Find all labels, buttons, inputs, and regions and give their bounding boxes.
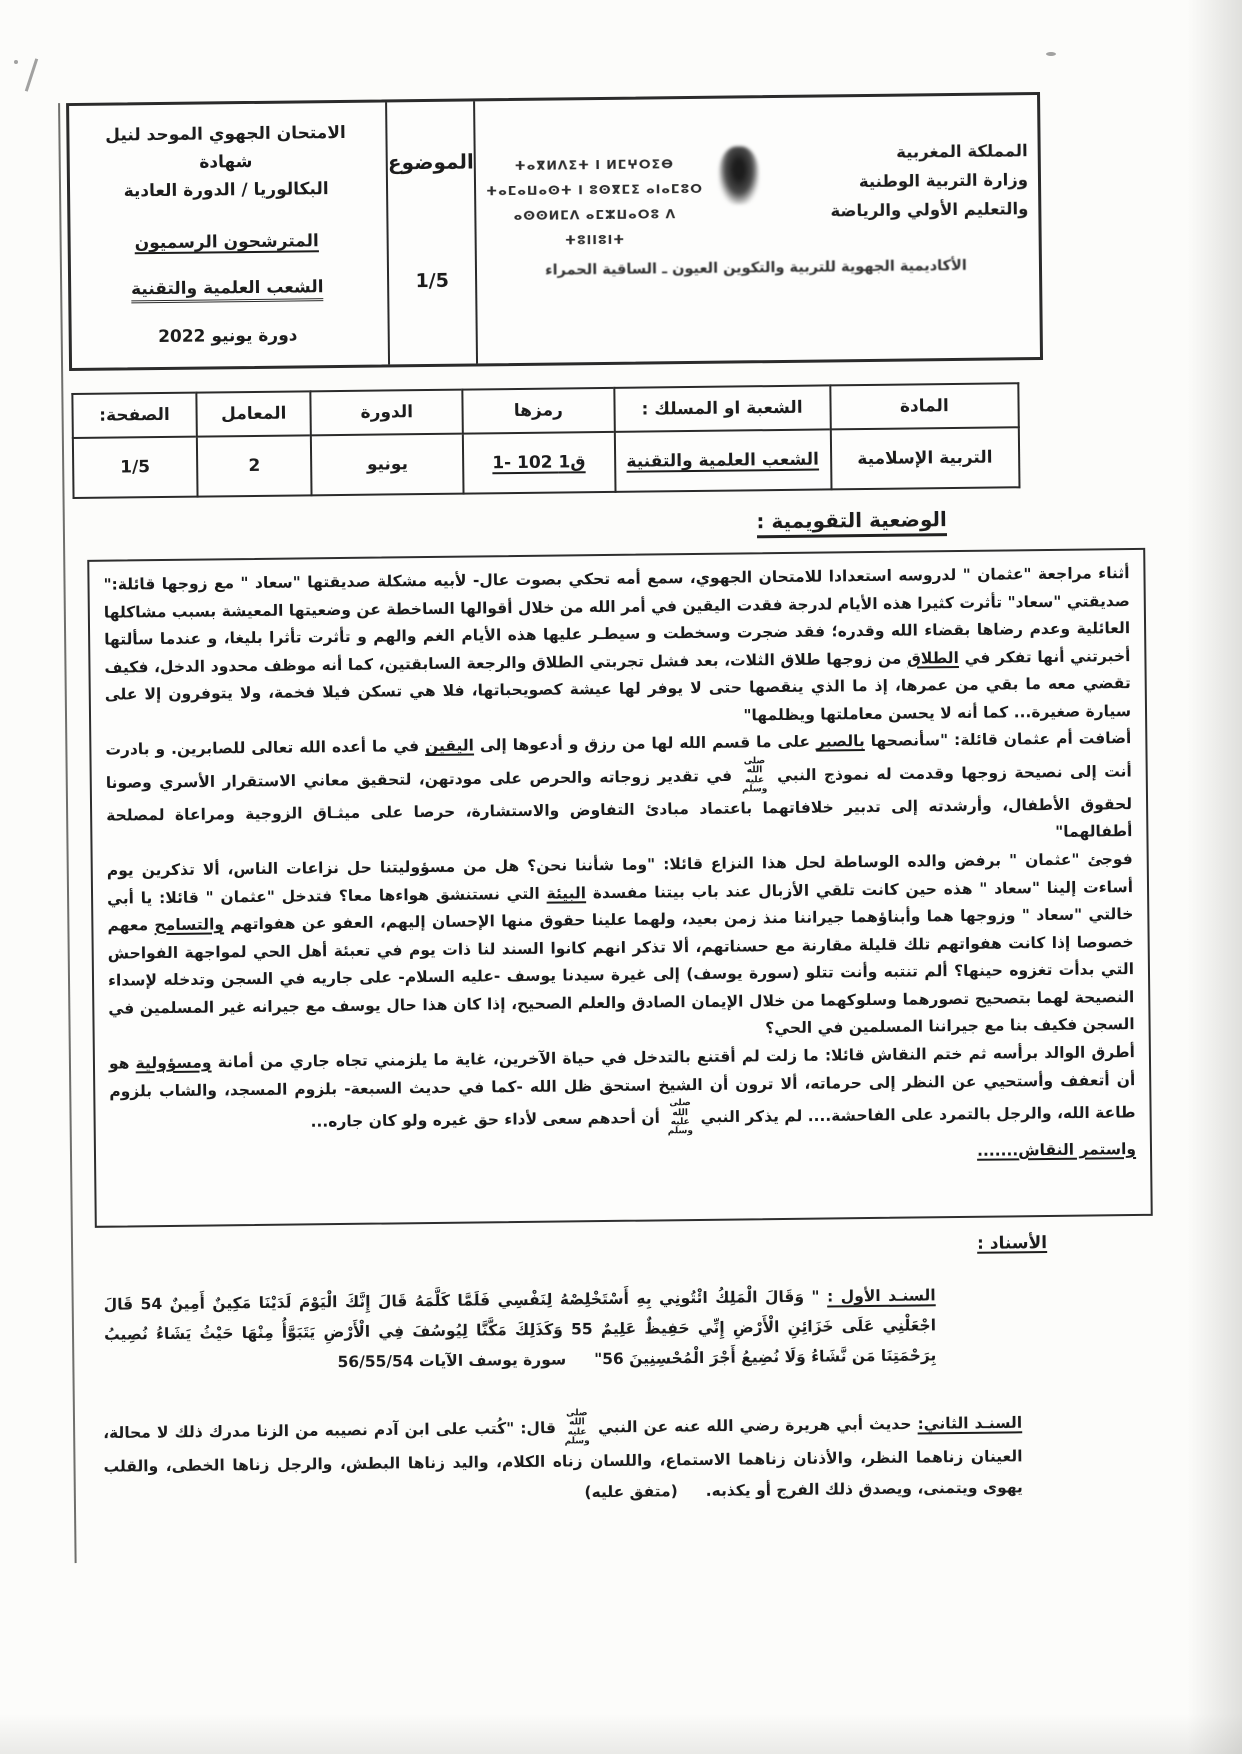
- header-block: المملكة المغربية وزارة التربية الوطنية و…: [66, 92, 1043, 371]
- underlined-term-certainty: اليقين: [425, 737, 474, 756]
- col-header-session: الدورة: [311, 390, 463, 436]
- ministry-name-line2: والتعليم الأولي والرياضة: [771, 195, 1028, 227]
- text-segment: أضافت أم عثمان قائلة: "سأنصحها: [865, 729, 1132, 750]
- scan-artifact: [1046, 52, 1056, 56]
- stream-value: الشعب العلمية والتقنية: [626, 450, 819, 472]
- text-segment: أن أحدهم سعى لأداء حق غيره ولو كان جاره.…: [310, 1109, 665, 1131]
- ministry-row: المملكة المغربية وزارة التربية الوطنية و…: [482, 137, 1029, 253]
- text-segment: أثناء مراجعة "عثمان " لدروسه استعدادا لل…: [103, 564, 1130, 667]
- sanad-2-hadith: السنـد الثاني: حديث أبي هريرة رضي الله ع…: [103, 1404, 1023, 1513]
- scanned-exam-page: المملكة المغربية وزارة التربية الوطنية و…: [0, 0, 1242, 1754]
- evaluation-situation-title: الوضعية التقويمية :: [756, 507, 947, 538]
- paragraph-3: فوجئ "عثمان " برفض والده الوساطة لحل هذا…: [107, 846, 1135, 1051]
- info-table-data-row: التربية الإسلامية الشعب العلمية والتقنية…: [73, 427, 1020, 498]
- paragraph-4: أطرق الوالد برأسه ثم ختم النقاش قائلا: م…: [109, 1039, 1136, 1144]
- sanad-2-label: السنـد الثاني:: [917, 1413, 1022, 1432]
- scan-artifact: [25, 58, 38, 91]
- scan-artifact: [14, 60, 18, 64]
- text-segment: أطرق الوالد برأسه ثم ختم النقاش قائلا: م…: [211, 1043, 1135, 1071]
- paragraph-2: أضافت أم عثمان قائلة: "سأنصحها بالصبر عل…: [105, 725, 1132, 857]
- section-title-wrap: الوضعية التقويمية :: [65, 488, 1047, 546]
- paragraph-1: أثناء مراجعة "عثمان " لدروسه استعدادا لل…: [103, 560, 1131, 737]
- exam-info-table: المادة الشعبة او المسلك : رمزها الدورة ا…: [71, 382, 1020, 499]
- cell-coefficient: 2: [197, 435, 312, 496]
- tifinagh-line-3: ⴰⵙⵙⵍⵎⴷ ⴰⵎⵣⵡⴰⵔⵓ ⴷ ⵜⵓⵏⵏⵓⵏⵜ: [482, 201, 708, 254]
- honorific-pbuh: صلى الله عليه وسلم: [562, 1409, 592, 1447]
- cell-session: يونيو: [311, 434, 463, 496]
- text-segment: على ما قسم الله لها من رزق و أدعوها إلى: [474, 733, 816, 755]
- ministry-header-cell: المملكة المغربية وزارة التربية الوطنية و…: [475, 95, 1040, 363]
- underlined-term-environment: البيئة: [546, 884, 586, 902]
- ministry-arabic-lines: المملكة المغربية وزارة التربية الوطنية و…: [771, 137, 1029, 227]
- col-header-page: الصفحة:: [72, 393, 196, 438]
- sanad-1-quran-verse: السنـد الأول : " وَقَالَ الْمَلِكُ ائْتُ…: [104, 1280, 937, 1380]
- honorific-pbuh: صلى الله عليه وسلم: [665, 1099, 695, 1137]
- asnad-section-label: الأسناد :: [73, 1233, 1047, 1264]
- subject-page-ratio: 1/5: [415, 270, 449, 292]
- col-header-coefficient: المعامل: [196, 391, 311, 436]
- cell-subject-matter: التربية الإسلامية: [830, 427, 1019, 489]
- underlined-term-divorce: الطلاق: [907, 649, 959, 668]
- col-header-code: رمزها: [462, 388, 614, 434]
- subject-cell: الموضوع 1/5: [385, 101, 478, 364]
- col-header-stream: الشعبة او المسلك :: [614, 385, 831, 431]
- exam-title-line2: البكالوريا / الدورة العادية: [80, 175, 372, 206]
- tifinagh-line-2: ⵜⴰⵎⴰⵡⴰⵙⵜ ⵏ ⵓⵙⴳⵎⵉ ⴰⵏⴰⵎⵓⵔ: [482, 176, 707, 204]
- exam-info-cell: الامتحان الجهوي الموحد لنيل شهادة البكال…: [69, 102, 388, 368]
- exam-title-line1: الامتحان الجهوي الموحد لنيل شهادة: [79, 119, 372, 178]
- cell-code: 1- 102 ق1: [463, 432, 615, 494]
- underlined-term-patience: بالصبر: [816, 733, 865, 752]
- evaluation-situation-text-box: أثناء مراجعة "عثمان " لدروسه استعدادا لل…: [87, 548, 1153, 1228]
- kingdom-name: المملكة المغربية: [771, 137, 1028, 169]
- underlined-term-responsibility: ومسؤولية: [135, 1053, 211, 1072]
- subject-label: الموضوع: [388, 149, 474, 174]
- session-label: دورة يونيو 2022: [82, 325, 374, 348]
- coat-of-arms-logo: [707, 140, 772, 205]
- closing-text: واستمر النقاش.......: [977, 1140, 1136, 1160]
- asnad-label-text: الأسناد :: [977, 1233, 1047, 1254]
- honorific-pbuh: صلى الله عليه وسلم: [739, 757, 769, 795]
- emblem-icon: [719, 146, 760, 204]
- ministry-tifinagh-lines: ⵜⴰⴳⵍⴷⵉⵜ ⵏ ⵍⵎⵖⵔⵉⴱ ⵜⴰⵎⴰⵡⴰⵙⵜ ⵏ ⵓⵙⴳⵎⵉ ⴰⵏⴰⵎⵓⵔ…: [482, 141, 708, 254]
- document-sheet: المملكة المغربية وزارة التربية الوطنية و…: [58, 92, 1058, 1563]
- col-header-subject-matter: المادة: [830, 383, 1019, 429]
- ministry-name-line1: وزارة التربية الوطنية: [771, 166, 1028, 198]
- tifinagh-line-1: ⵜⴰⴳⵍⴷⵉⵜ ⵏ ⵍⵎⵖⵔⵉⴱ: [482, 151, 707, 179]
- text-segment: معهم خصوصا إذا كانت هفواتهم تلك قليلة مق…: [107, 916, 1134, 1037]
- cell-stream: الشعب العلمية والتقنية: [614, 429, 831, 491]
- code-value: 1- 102 ق1: [492, 452, 585, 473]
- sanad-1-label: السنـد الأول :: [827, 1286, 936, 1305]
- academy-name: الأكاديمية الجهوية للتربية والتكوين العي…: [483, 257, 1029, 279]
- sanad-2-reference: (متفق عليه): [584, 1482, 705, 1501]
- sanad-2-text: حديث أبي هريرة رضي الله عنه عن النبي: [592, 1415, 918, 1437]
- underlined-term-tolerance: والتسامح: [154, 915, 224, 934]
- streams-label: الشعب العلمية والتقنية: [131, 277, 324, 303]
- sanad-1-reference: سورة يوسف الآيات 56/55/54: [337, 1351, 594, 1372]
- cell-page: 1/5: [73, 437, 198, 498]
